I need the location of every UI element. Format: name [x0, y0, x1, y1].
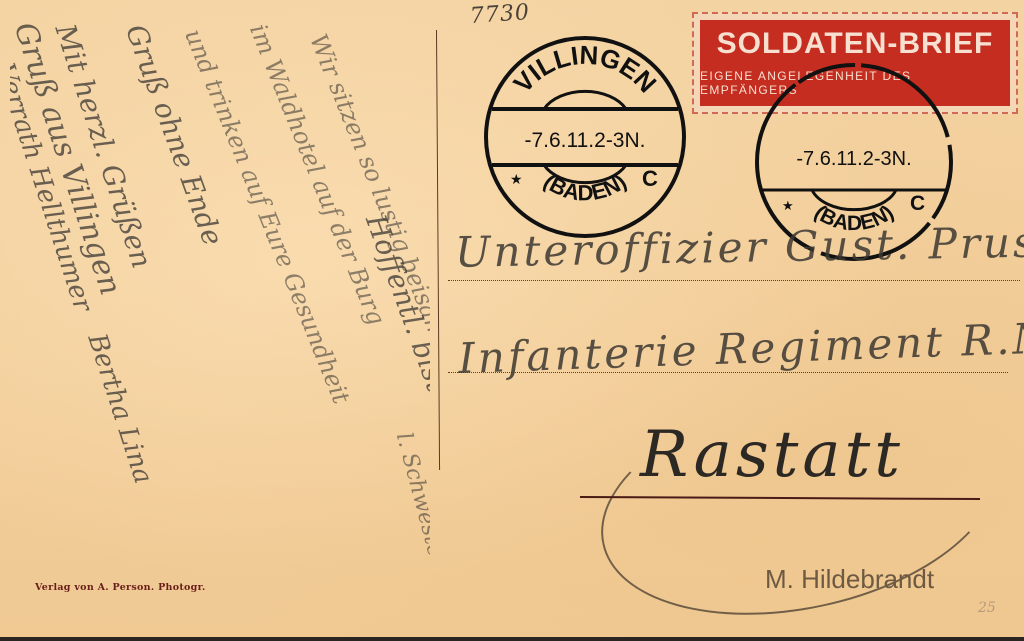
label-title: SOLDATEN-BRIEF: [717, 29, 994, 59]
postmark-villingen: VILLINGEN -7.6.11.2-3N. (BADEN) ★ C: [482, 34, 688, 240]
postmark-town: VILLINGEN: [507, 40, 662, 99]
scan-edge: [0, 637, 1024, 641]
svg-text:VILLINGEN: VILLINGEN: [507, 40, 662, 99]
postmark-letter: C: [642, 166, 658, 191]
postcard-back: 7730 Gruß aus Villingen Mit herzl. Grüße…: [0, 0, 1024, 641]
postmark-star-icon: ★: [510, 171, 523, 187]
pencil-note: 25: [978, 600, 996, 616]
postmark-letter: C: [910, 192, 925, 215]
watermark: M. Hildebrandt: [765, 564, 934, 595]
svg-text:(BADEN): (BADEN): [539, 169, 631, 206]
address-city: Rastatt: [640, 418, 904, 492]
postmark-star-icon: ★: [782, 198, 794, 213]
postmark-region: (BADEN): [539, 169, 631, 206]
message-line: Bertha Lina: [81, 330, 158, 487]
inventory-number: 7730: [469, 0, 531, 29]
address-recipient: Unteroffizier Gust. Prusser: [455, 216, 1024, 276]
address-line-1-rule: [448, 280, 1020, 281]
message-line: l. Schwester: [391, 430, 430, 570]
postmark-date: -7.6.11.2-3N.: [796, 148, 911, 170]
publisher-imprint: Verlag von A. Person. Photogr.: [35, 582, 206, 593]
handwritten-message: Gruß aus Villingen Mit herzl. Grüßen Ver…: [10, 10, 430, 610]
postmark-date: -7.6.11.2-3N.: [524, 129, 645, 152]
postcard-divider-line: [436, 30, 440, 470]
